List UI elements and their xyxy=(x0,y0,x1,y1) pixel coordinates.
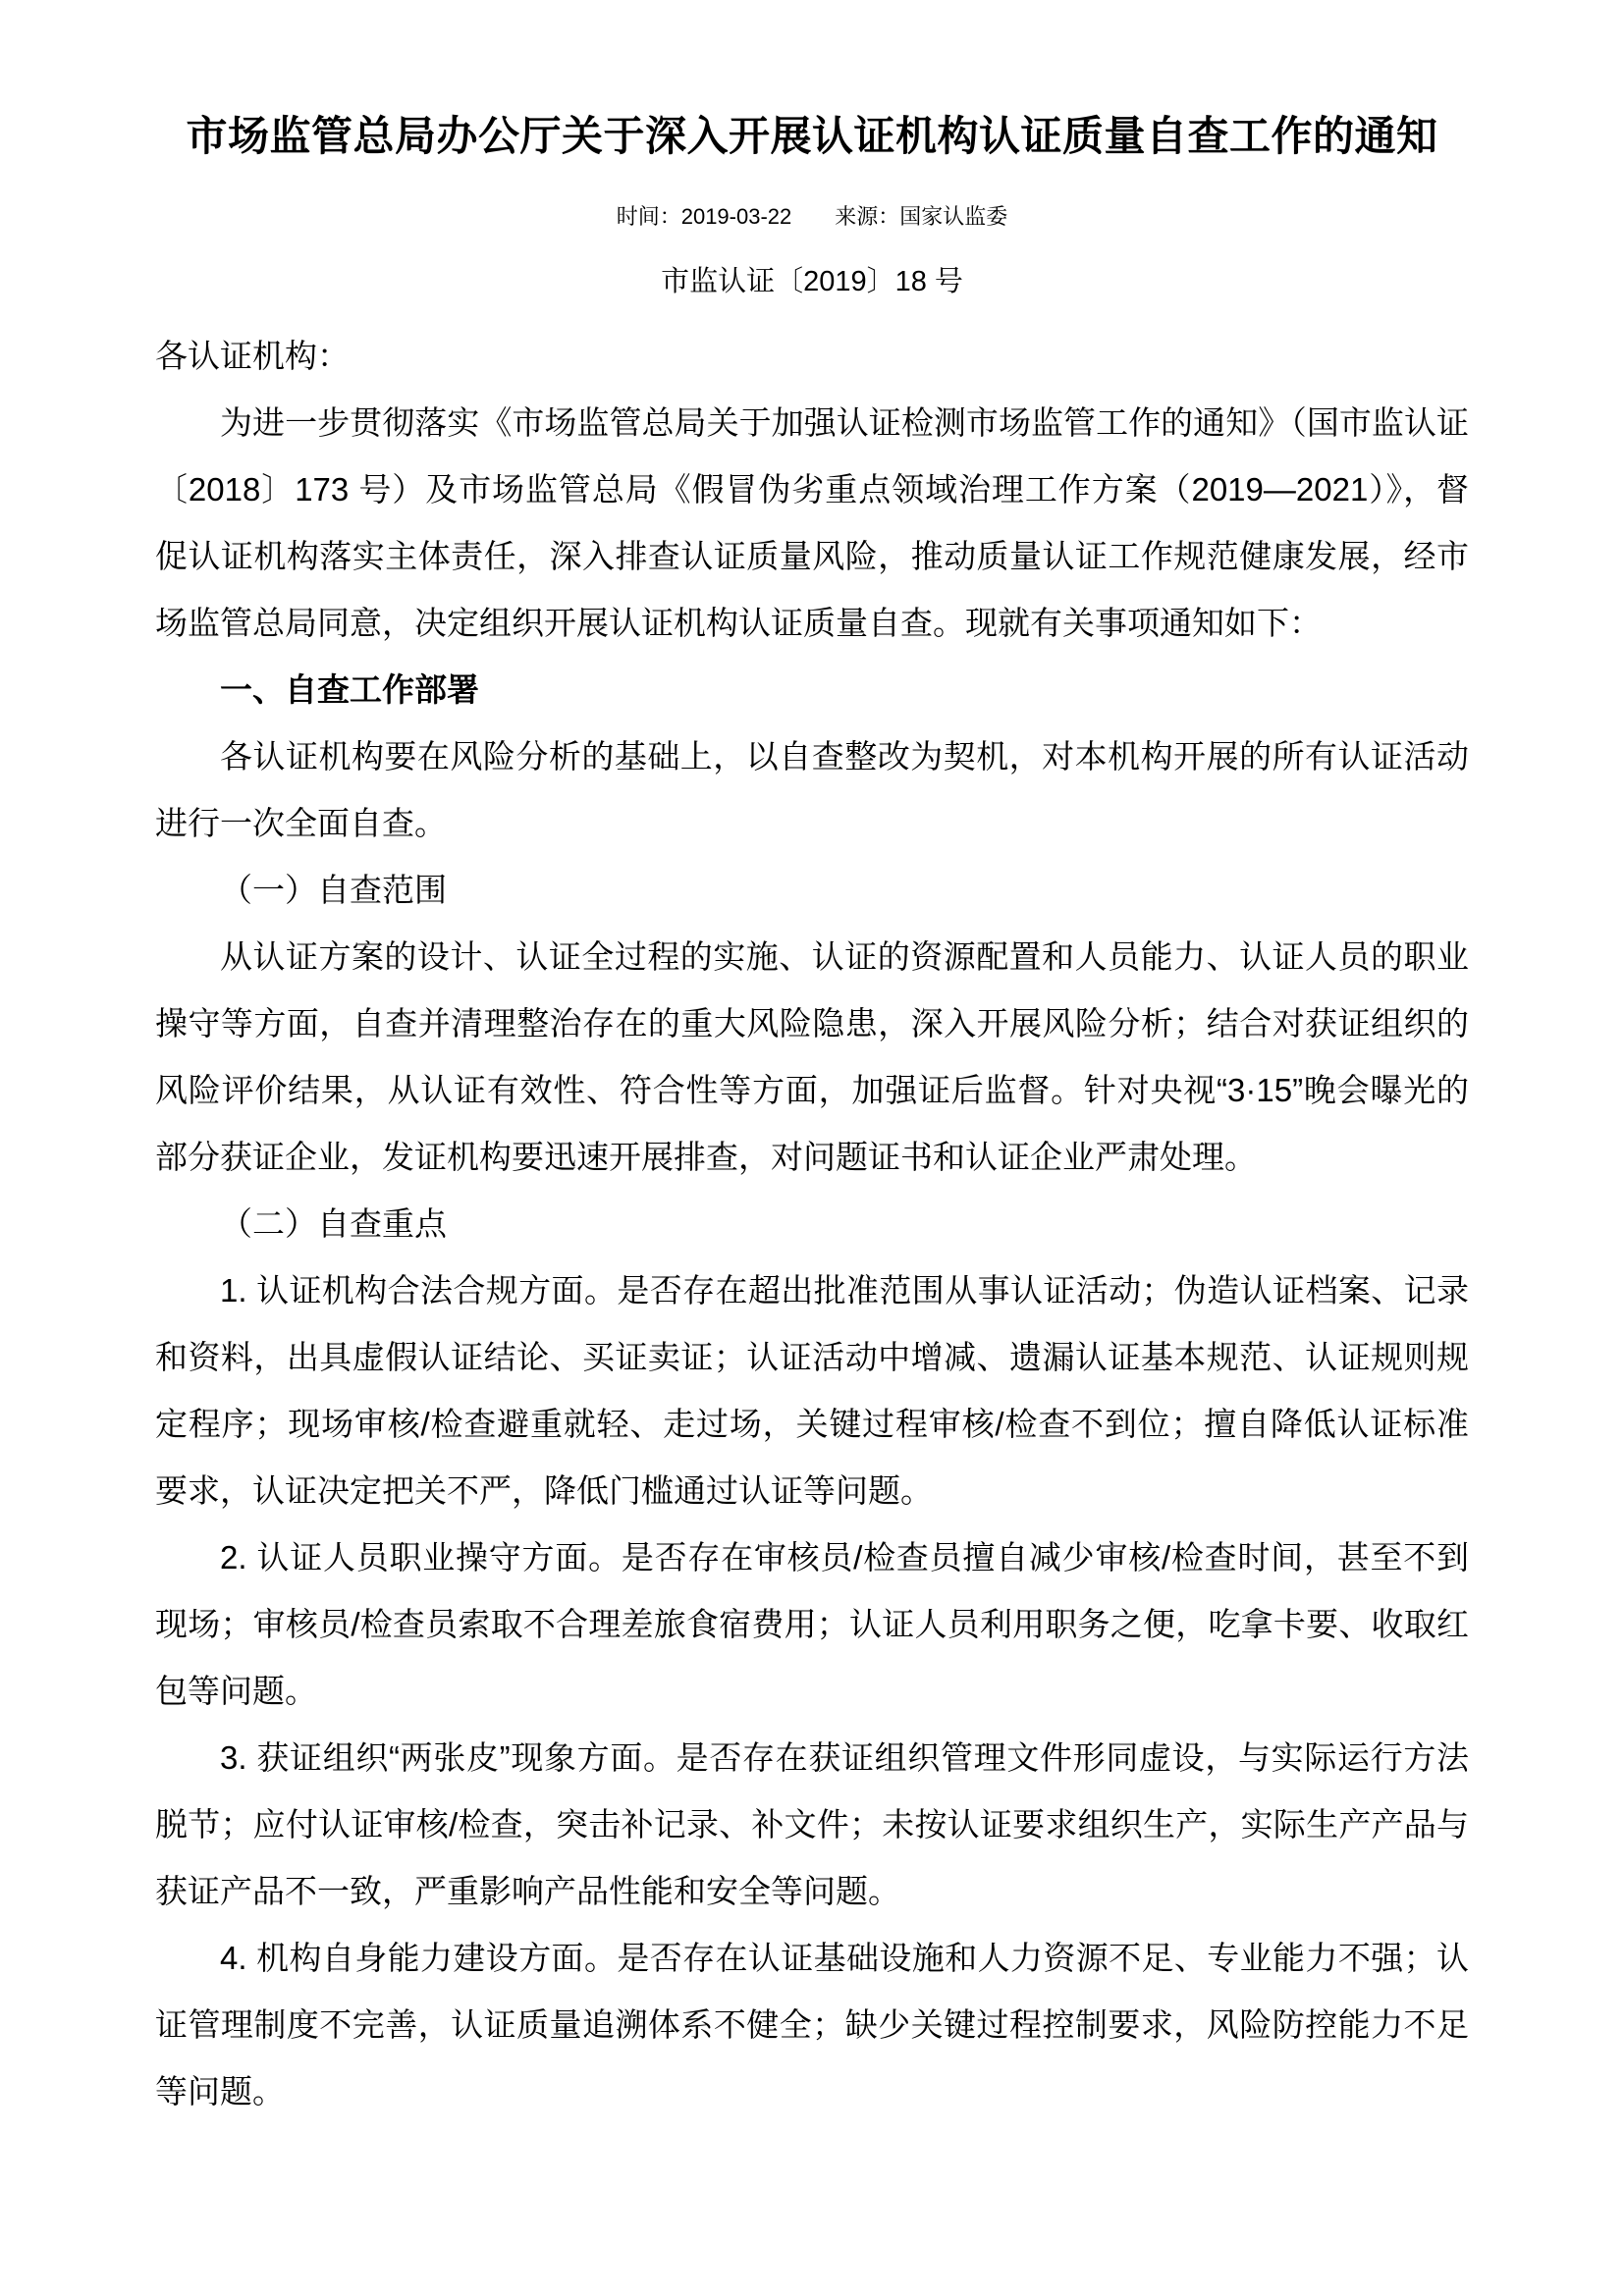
document-page: 市场监管总局办公厅关于深入开展认证机构认证质量自查工作的通知 时间：2019-0… xyxy=(0,0,1624,2296)
body-paragraph: 3. 获证组织“两张皮”现象方面。是否存在获证组织管理文件形同虚设，与实际运行方… xyxy=(155,1725,1469,1925)
document-title: 市场监管总局办公厅关于深入开展认证机构认证质量自查工作的通知 xyxy=(155,111,1469,162)
meta-time-label: 时间： xyxy=(617,204,681,229)
body-paragraph: 4. 机构自身能力建设方面。是否存在认证基础设施和人力资源不足、专业能力不强；认… xyxy=(155,1925,1469,2125)
sub-heading: （二）自查重点 xyxy=(155,1191,1469,1257)
meta-source-value: 国家认监委 xyxy=(899,204,1007,229)
document-number: 市监认证〔2019〕18 号 xyxy=(155,262,1469,301)
body-paragraph: 从认证方案的设计、认证全过程的实施、认证的资源配置和人员能力、认证人员的职业操守… xyxy=(155,924,1469,1191)
salutation: 各认证机构： xyxy=(155,323,1469,390)
document-body: 各认证机构： 为进一步贯彻落实《市场监管总局关于加强认证检测市场监管工作的通知》… xyxy=(155,323,1469,2125)
body-paragraph: 各认证机构要在风险分析的基础上，以自查整改为契机，对本机构开展的所有认证活动进行… xyxy=(155,723,1469,857)
meta-source-label: 来源： xyxy=(835,204,899,229)
document-meta: 时间：2019-03-22来源：国家认监委 xyxy=(155,201,1469,232)
sub-heading: （一）自查范围 xyxy=(155,857,1469,924)
body-paragraph: 为进一步贯彻落实《市场监管总局关于加强认证检测市场监管工作的通知》（国市监认证〔… xyxy=(155,390,1469,657)
body-paragraph: 1. 认证机构合法合规方面。是否存在超出批准范围从事认证活动；伪造认证档案、记录… xyxy=(155,1257,1469,1524)
body-paragraph: 2. 认证人员职业操守方面。是否存在审核员/检查员擅自减少审核/检查时间，甚至不… xyxy=(155,1524,1469,1725)
section-heading: 一、自查工作部署 xyxy=(155,657,1469,723)
meta-time-value: 2019-03-22 xyxy=(681,204,792,229)
